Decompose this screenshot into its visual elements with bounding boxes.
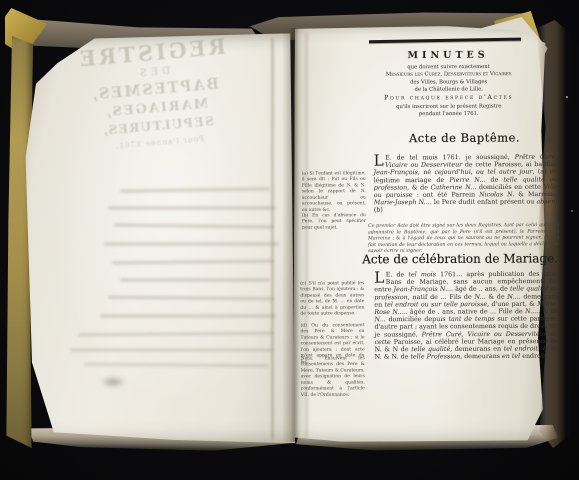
ink-smudge: [100, 376, 126, 388]
header-block: que doivent suivre exactement Messieurs …: [353, 62, 543, 118]
bleedthrough-script-line: [108, 206, 276, 210]
dropcap: L: [374, 154, 386, 168]
left-page-crease: [271, 38, 274, 440]
margin-note-nota: Nota. Ensuivent les consentemens des Per…: [301, 355, 365, 398]
margin-note-b: (b) En cas d'absence du Pere, l'on peut …: [302, 212, 366, 230]
margin-note-c: (c) S'il n'a point publié les trois Bans…: [300, 280, 364, 317]
bleedthrough-script-line: [120, 278, 270, 282]
bapteme-body: E. de tel mois 1761. je soussigné, Prêtr…: [374, 153, 558, 214]
bleedthrough-script-line: [104, 242, 279, 246]
margin-note-a: (a) Si l'enfant est illégitime, il sera …: [302, 170, 366, 213]
dust-speck: [571, 210, 573, 212]
mariage-body: E. de tel mois 1761... après publication…: [374, 270, 558, 360]
printed-page-content: MINUTES que doivent suivre exactement Me…: [295, 27, 555, 442]
bapteme-heading: Acte de Baptême.: [379, 130, 549, 145]
mariage-heading: Acte de célébration de Mariage.: [362, 251, 558, 266]
header-title: MINUTES: [353, 48, 543, 63]
bleedthrough-script-line: [70, 348, 274, 352]
header-line: de la Châtellenie de Lille,: [354, 85, 543, 93]
scanned-register-photo: REGISTRE DES BAPTESMES, MARIAGES, SEPULT…: [0, 0, 579, 480]
dropcap: L: [374, 271, 386, 285]
dust-speck: [566, 96, 568, 98]
mariage-paragraph: LE. de tel mois 1761... après publicatio…: [374, 270, 559, 361]
bleedthrough-cover-title: REGISTRE DES BAPTESMES, MARIAGES, SEPULT…: [36, 30, 274, 157]
horizontal-rule: [369, 38, 521, 43]
bleedthrough-script-line: [100, 314, 276, 318]
header-line: pendant l'année 1761.: [354, 109, 543, 117]
bapteme-paragraph: LE. de tel mois 1761. je soussigné, Prêt…: [374, 153, 558, 214]
bapteme-footnote: Ce premier Acte doit être signé sur les …: [368, 221, 560, 253]
